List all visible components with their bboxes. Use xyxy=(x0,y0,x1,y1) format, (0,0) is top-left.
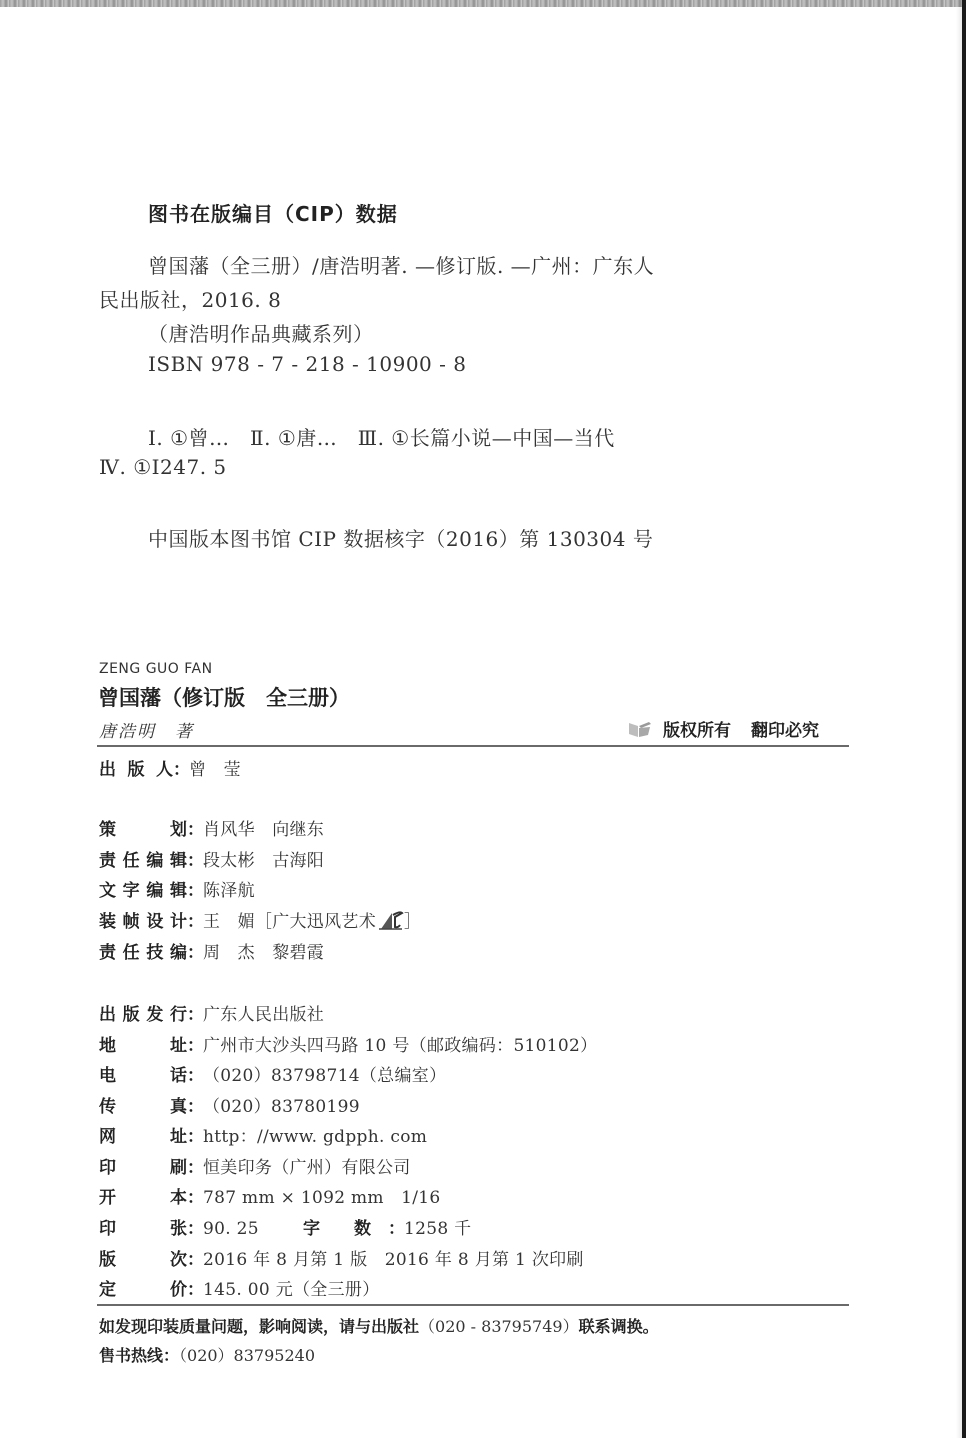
website-link: http：//www. gdpph. com xyxy=(203,1122,427,1147)
pub-row-fax: 传真 ： （020）83780199 xyxy=(99,1092,360,1117)
book-title-pinyin: ZENG GUO FAN xyxy=(99,661,213,677)
hotline-phone: （020）83795240 xyxy=(179,1346,315,1365)
divider-bottom xyxy=(97,1304,849,1306)
piracy-prohibited-text: 翻印必究 xyxy=(751,716,819,741)
cip-heading: 图书在版编目（CIP）数据 xyxy=(148,198,398,227)
spec-value: 2016 年 8 月第 1 版 2016 年 8 月第 1 次印刷 xyxy=(203,1245,584,1270)
pub-row-format: 开本 ： 787 mm × 1092 mm 1/16 xyxy=(99,1183,441,1208)
spec-label: 版次 xyxy=(99,1245,187,1270)
spec-label: 出版发行 xyxy=(99,1000,187,1025)
pub-row-address: 地址 ： 广州市大沙头四马路 10 号（邮政编码：510102） xyxy=(99,1031,597,1056)
staff-row-planning: 策划 ： 肖风华 向继东 xyxy=(99,815,324,840)
copyright-notice: 版权所有 翻印必究 xyxy=(627,716,819,741)
cip-subjects-line-2: Ⅳ. ①I247. 5 xyxy=(99,455,227,479)
staff-row-publisher: 出版人 ： 曾 莹 xyxy=(99,755,241,780)
spec-value: 恒美印务（广州）有限公司 xyxy=(203,1153,411,1178)
pub-row-price: 定价 ： 145. 00 元（全三册） xyxy=(99,1275,380,1300)
sales-hotline: 售书热线：（020）83795240 xyxy=(99,1343,315,1366)
staff-row-text-editor: 文字编辑 ： 陈泽航 xyxy=(99,876,255,901)
spec-label: 开本 xyxy=(99,1183,187,1208)
spec-label: 文字编辑 xyxy=(99,876,187,901)
sail-logo-icon xyxy=(378,909,404,931)
word-count-value: 1258 千 xyxy=(404,1214,471,1239)
spec-label: 传真 xyxy=(99,1092,187,1117)
pub-row-phone: 电话 ： （020）83798714（总编室） xyxy=(99,1061,446,1086)
staff-row-editor: 责任编辑 ： 段太彬 古海阳 xyxy=(99,846,324,871)
cip-number: 中国版本图书馆 CIP 数据核字（2016）第 130304 号 xyxy=(148,523,653,552)
cip-bibliographic-line-1: 曾国藩（全三册）/唐浩明著. —修订版. —广州：广东人 xyxy=(148,250,654,279)
pub-row-publisher: 出版发行 ： 广东人民出版社 xyxy=(99,1000,324,1025)
spec-value: 周 杰 黎碧霞 xyxy=(203,938,324,963)
spec-label: 出版人 xyxy=(99,755,173,780)
spec-value: （020）83780199 xyxy=(203,1092,360,1117)
staff-row-design: 装帧设计 ： 王 媚［广大迅风艺术 ］ xyxy=(99,907,421,932)
spec-label: 责任技编 xyxy=(99,938,187,963)
spec-label: 策划 xyxy=(99,815,187,840)
spec-label: 印刷 xyxy=(99,1153,187,1178)
spec-value: 曾 莹 xyxy=(189,755,241,780)
spec-label: 电话 xyxy=(99,1061,187,1086)
quality-notice: 如发现印装质量问题，影响阅读，请与出版社（020 - 83795749）联系调换… xyxy=(99,1314,659,1337)
word-count-label: 字 数 xyxy=(303,1214,388,1239)
spec-value: 肖风华 向继东 xyxy=(203,815,324,840)
spec-value: 787 mm × 1092 mm 1/16 xyxy=(203,1183,441,1208)
spec-value: 段太彬 古海阳 xyxy=(203,846,324,871)
spec-label: 定价 xyxy=(99,1275,187,1300)
spec-label: 网址 xyxy=(99,1122,187,1147)
pub-row-sheets: 印张 ： 90. 25 字 数 ： 1258 千 xyxy=(99,1214,471,1239)
cip-bibliographic-line-2: 民出版社，2016. 8 xyxy=(99,284,281,313)
spec-value: 陈泽航 xyxy=(203,876,255,901)
scan-edge-right xyxy=(962,0,966,1438)
book-title: 曾国藩（修订版 全三册） xyxy=(98,682,350,712)
cip-isbn: ISBN 978 - 7 - 218 - 10900 - 8 xyxy=(148,352,466,376)
spec-value: 广州市大沙头四马路 10 号（邮政编码：510102） xyxy=(203,1031,597,1056)
spec-label: 地址 xyxy=(99,1031,187,1056)
spec-label: 装帧设计 xyxy=(99,907,187,932)
rights-reserved-text: 版权所有 xyxy=(663,716,731,741)
book-author: 唐浩明 著 xyxy=(99,717,194,742)
spec-value: 145. 00 元（全三册） xyxy=(203,1275,380,1300)
spec-value: （020）83798714（总编室） xyxy=(203,1061,446,1086)
scan-edge-top xyxy=(0,0,966,7)
staff-row-technical-editor: 责任技编 ： 周 杰 黎碧霞 xyxy=(99,938,324,963)
cip-series: （唐浩明作品典藏系列） xyxy=(148,318,374,347)
divider-top xyxy=(97,745,849,747)
pub-row-website: 网址 ： http：//www. gdpph. com xyxy=(99,1122,427,1147)
service-phone: （020 - 83795749） xyxy=(419,1317,579,1336)
spec-label: 责任编辑 xyxy=(99,846,187,871)
open-book-icon xyxy=(627,719,653,739)
pub-row-printer: 印刷 ： 恒美印务（广州）有限公司 xyxy=(99,1153,411,1178)
pub-row-edition: 版次 ： 2016 年 8 月第 1 版 2016 年 8 月第 1 次印刷 xyxy=(99,1245,584,1270)
spec-value: 广东人民出版社 xyxy=(203,1000,324,1025)
spec-label: 印张 xyxy=(99,1214,187,1239)
spec-value: 王 媚［广大迅风艺术 ］ xyxy=(203,907,421,932)
spec-value: 90. 25 xyxy=(203,1219,303,1239)
cip-subjects-line-1: Ⅰ. ①曾… Ⅱ. ①唐… Ⅲ. ①长篇小说—中国—当代 xyxy=(148,422,615,451)
